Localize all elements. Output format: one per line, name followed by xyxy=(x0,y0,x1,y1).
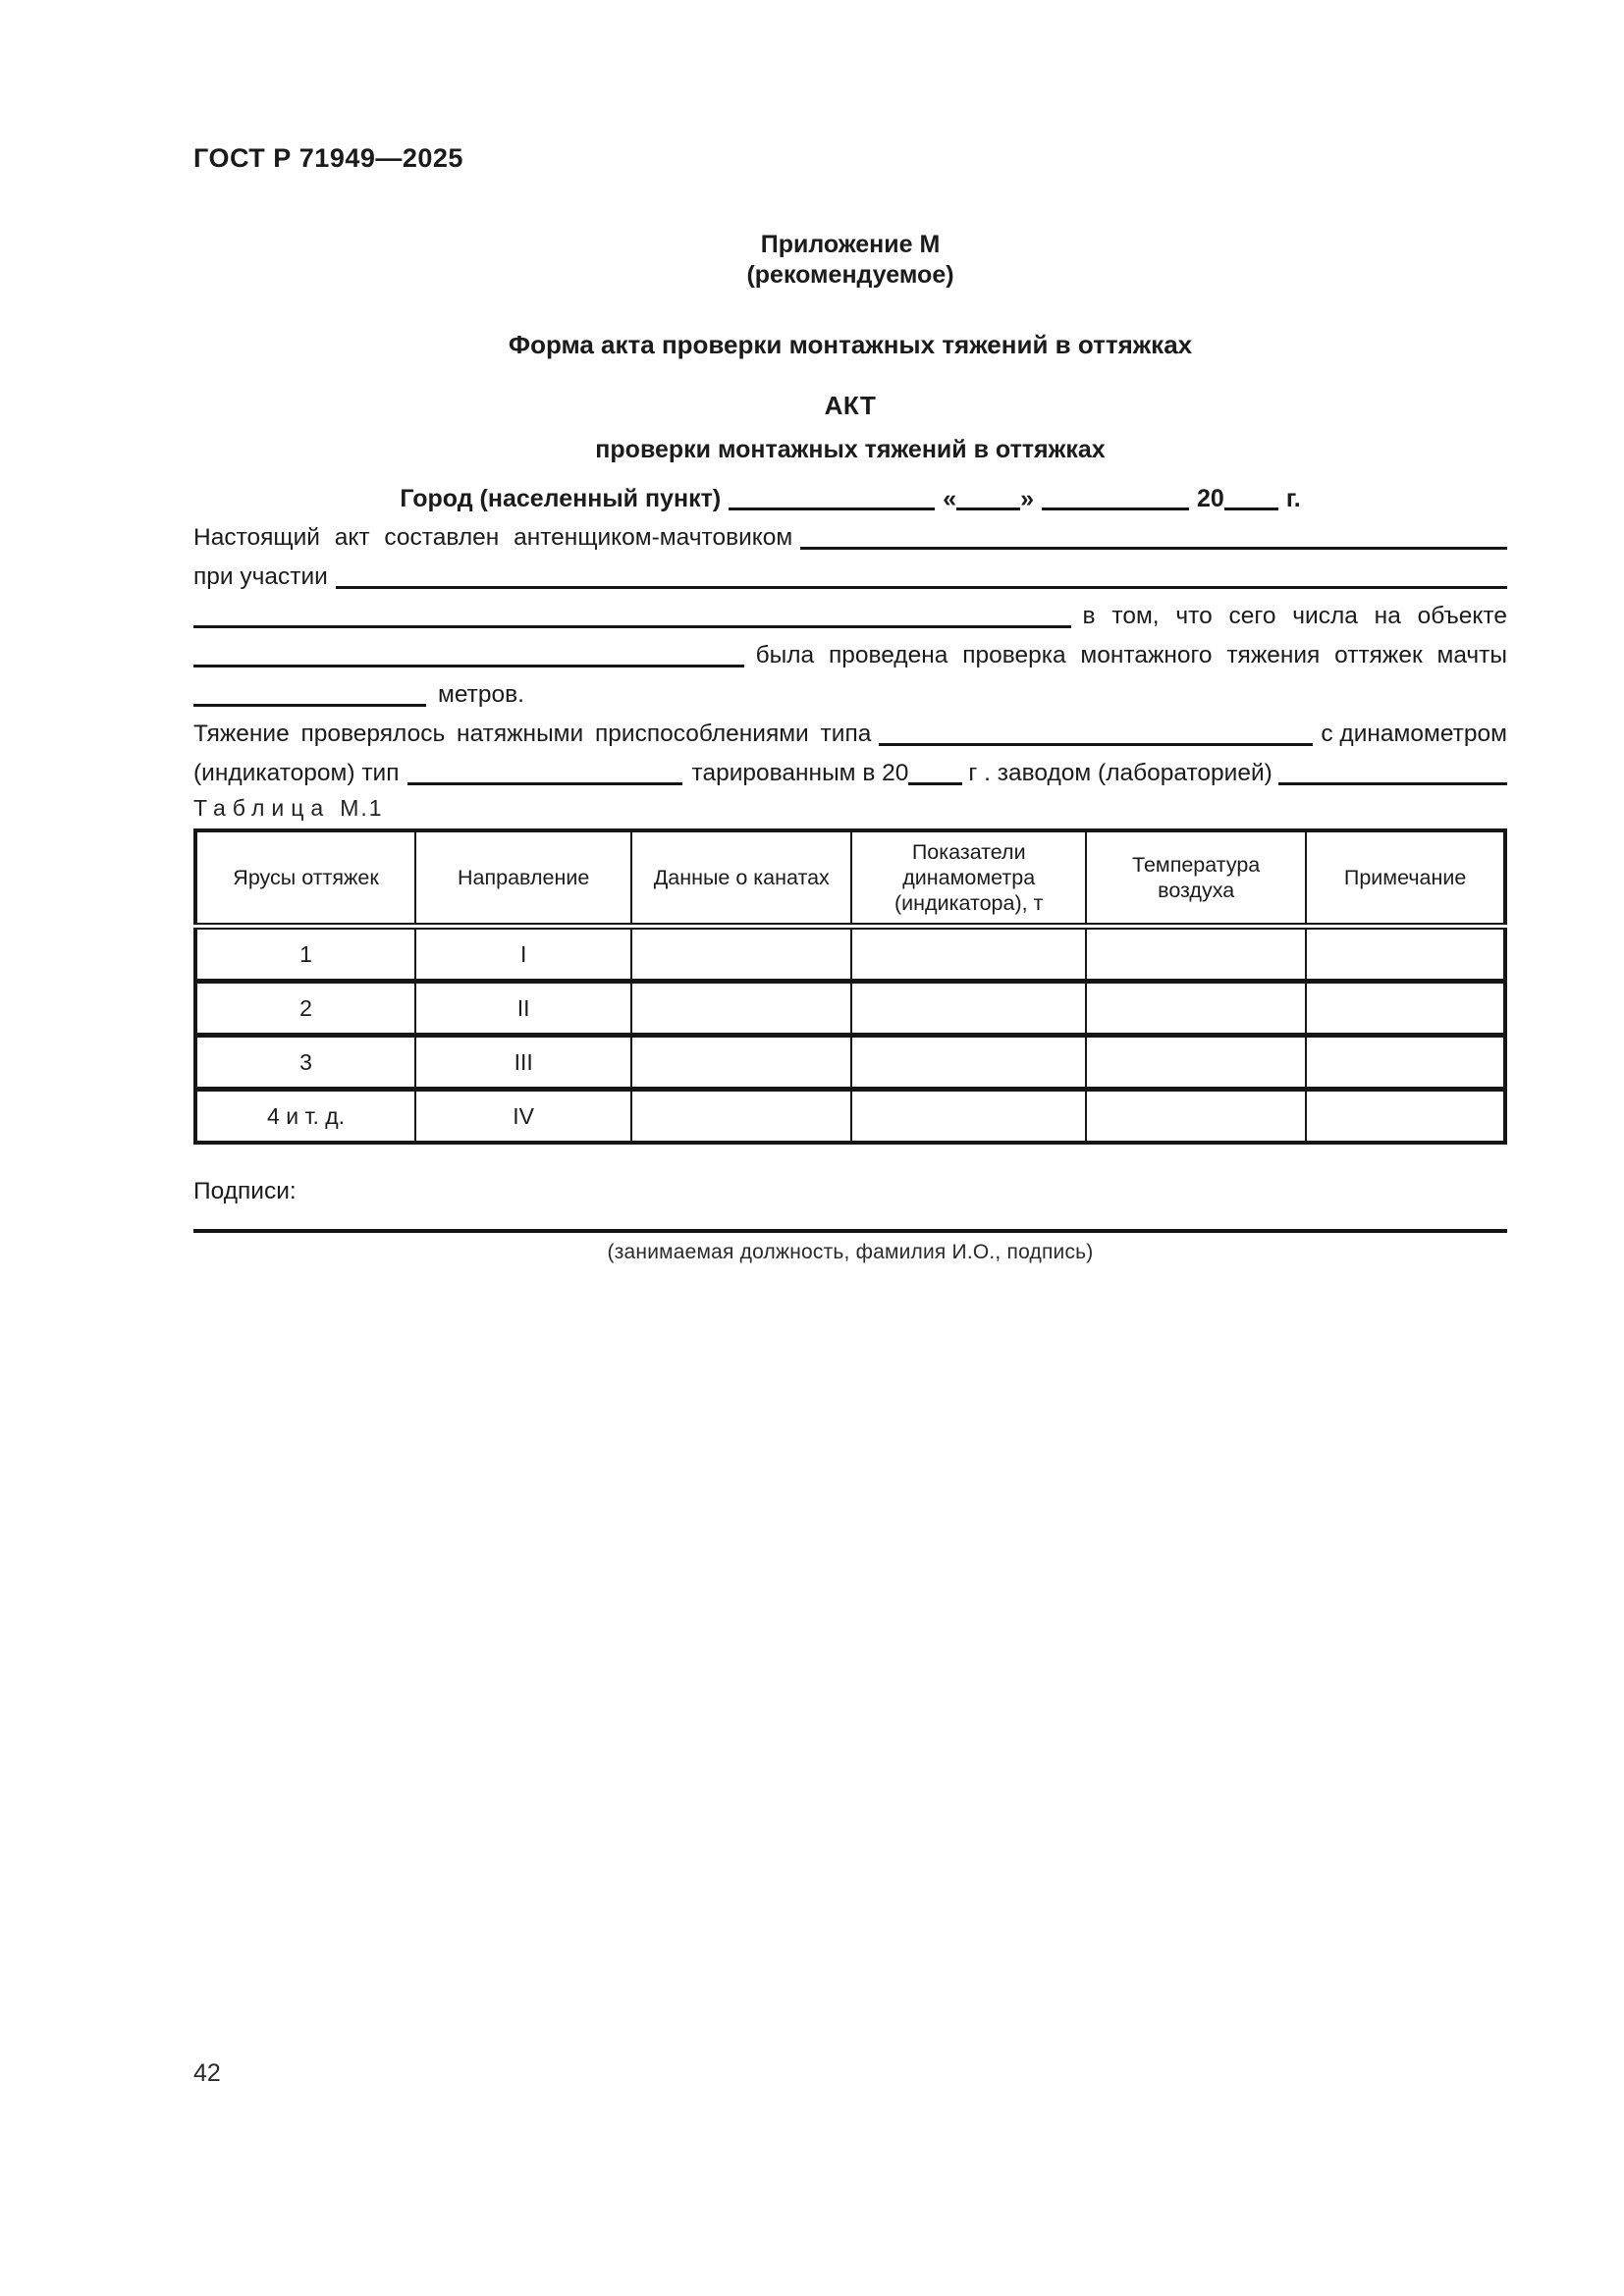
cell-dynamometer xyxy=(851,982,1086,1036)
appendix-label: Приложение М xyxy=(193,230,1507,260)
cell-direction: II xyxy=(415,982,631,1036)
body-line-7: (индикатором) тип тарированным в 20 г . … xyxy=(193,754,1507,793)
cell-direction: III xyxy=(415,1036,631,1090)
act-title: АКТ xyxy=(193,391,1507,420)
line2-blank-line xyxy=(336,558,1507,597)
table-header-row: Ярусы оттяжек Направление Данные о канат… xyxy=(195,830,1505,927)
act-subtitle: проверки монтажных тяжений в оттяжках xyxy=(193,436,1507,463)
line6-text-post: с динамометром xyxy=(1321,715,1507,754)
line5-text: метров. xyxy=(438,675,524,715)
signature-blank-line xyxy=(193,1229,1507,1233)
line7-blank-line-3 xyxy=(1278,754,1507,793)
line6-blank-line xyxy=(879,715,1313,754)
table-row: 4 и т. д. IV xyxy=(195,1090,1505,1144)
cell-note xyxy=(1306,1036,1505,1090)
cell-direction: I xyxy=(415,927,631,982)
cell-direction: IV xyxy=(415,1090,631,1144)
signatures-label: Подписи: xyxy=(193,1178,1507,1205)
page-number: 42 xyxy=(193,2059,221,2088)
header-cell-note: Примечание xyxy=(1306,830,1505,927)
line7-text-pre: (индикатором) тип xyxy=(193,754,400,793)
guy-tension-table: Ярусы оттяжек Направление Данные о канат… xyxy=(193,828,1507,1145)
line4-blank-line xyxy=(193,636,744,675)
appendix-kind: (рекомендуемое) xyxy=(193,260,1507,291)
cell-rope-data xyxy=(631,982,851,1036)
cell-dynamometer xyxy=(851,1036,1086,1090)
city-date-line: Город (населенный пункт) « » 20 г. xyxy=(193,479,1507,518)
line2-text: при участии xyxy=(193,558,328,597)
line4-text: была проведена проверка монтажного тяжен… xyxy=(756,636,1507,675)
line1-blank-line xyxy=(800,518,1507,558)
quote-open: « xyxy=(943,479,956,518)
header-cell-tiers: Ярусы оттяжек xyxy=(195,830,415,927)
body-line-1: Настоящий акт составлен антенщиком-мачто… xyxy=(193,518,1507,558)
table-caption-number: М.1 xyxy=(340,795,383,821)
cell-tier: 2 xyxy=(195,982,415,1036)
document-page: ГОСТ Р 71949—2025 Приложение М (рекоменд… xyxy=(0,0,1624,2296)
cell-note xyxy=(1306,1090,1505,1144)
cell-temperature xyxy=(1086,927,1306,982)
body-line-6: Тяжение проверялось натяжными приспособл… xyxy=(193,715,1507,754)
year-blank-line xyxy=(1224,479,1278,518)
line6-text-pre: Тяжение проверялось натяжными приспособл… xyxy=(193,715,871,754)
header-cell-direction: Направление xyxy=(415,830,631,927)
line1-text: Настоящий акт составлен антенщиком-мачто… xyxy=(193,518,792,558)
month-blank-line xyxy=(1042,479,1189,518)
page-content: ГОСТ Р 71949—2025 Приложение М (рекоменд… xyxy=(193,0,1507,1264)
cell-dynamometer xyxy=(851,927,1086,982)
cell-temperature xyxy=(1086,982,1306,1036)
cell-rope-data xyxy=(631,1036,851,1090)
body-line-2: при участии xyxy=(193,558,1507,597)
cell-dynamometer xyxy=(851,1090,1086,1144)
line3-text: в том, что сего числа на объекте xyxy=(1083,597,1507,636)
table-row: 1 I xyxy=(195,927,1505,982)
line3-blank-line xyxy=(193,597,1071,636)
header-cell-temperature: Температура воздуха xyxy=(1086,830,1306,927)
cell-tier: 1 xyxy=(195,927,415,982)
cell-note xyxy=(1306,982,1505,1036)
year-prefix: 20 xyxy=(1197,479,1224,518)
line7-text-mid: тарированным в 20 xyxy=(692,754,909,793)
cell-note xyxy=(1306,927,1505,982)
header-cell-rope-data: Данные о канатах xyxy=(631,830,851,927)
cell-rope-data xyxy=(631,1090,851,1144)
line7-blank-line-1 xyxy=(407,754,682,793)
body-line-4: была проведена проверка монтажного тяжен… xyxy=(193,636,1507,675)
cell-temperature xyxy=(1086,1036,1306,1090)
year-suffix: г. xyxy=(1286,479,1301,518)
header-cell-dynamometer: Показатели динамометра (индикатора), т xyxy=(851,830,1086,927)
body-line-5: метров. xyxy=(193,675,1507,715)
table-caption: ТаблицаМ.1 xyxy=(193,795,1507,821)
line5-blank-line xyxy=(193,675,426,715)
appendix-heading: Приложение М (рекомендуемое) xyxy=(193,230,1507,291)
cell-rope-data xyxy=(631,927,851,982)
cell-tier: 4 и т. д. xyxy=(195,1090,415,1144)
table-caption-label: Таблица xyxy=(193,795,330,821)
form-title: Форма акта проверки монтажных тяжений в … xyxy=(193,330,1507,359)
table-row: 2 II xyxy=(195,982,1505,1036)
quote-close: » xyxy=(1020,479,1034,518)
city-label: Город (населенный пункт) xyxy=(400,479,721,518)
line7-blank-line-2 xyxy=(908,754,962,793)
day-blank-line xyxy=(956,479,1020,518)
body-line-3: в том, что сего числа на объекте xyxy=(193,597,1507,636)
signature-caption: (занимаемая должность, фамилия И.О., под… xyxy=(193,1241,1507,1264)
cell-tier: 3 xyxy=(195,1036,415,1090)
standard-number: ГОСТ Р 71949—2025 xyxy=(193,143,1507,173)
table-row: 3 III xyxy=(195,1036,1505,1090)
city-blank-line xyxy=(729,479,935,518)
line7-text-post: г . заводом (лабораторией) xyxy=(968,754,1272,793)
cell-temperature xyxy=(1086,1090,1306,1144)
